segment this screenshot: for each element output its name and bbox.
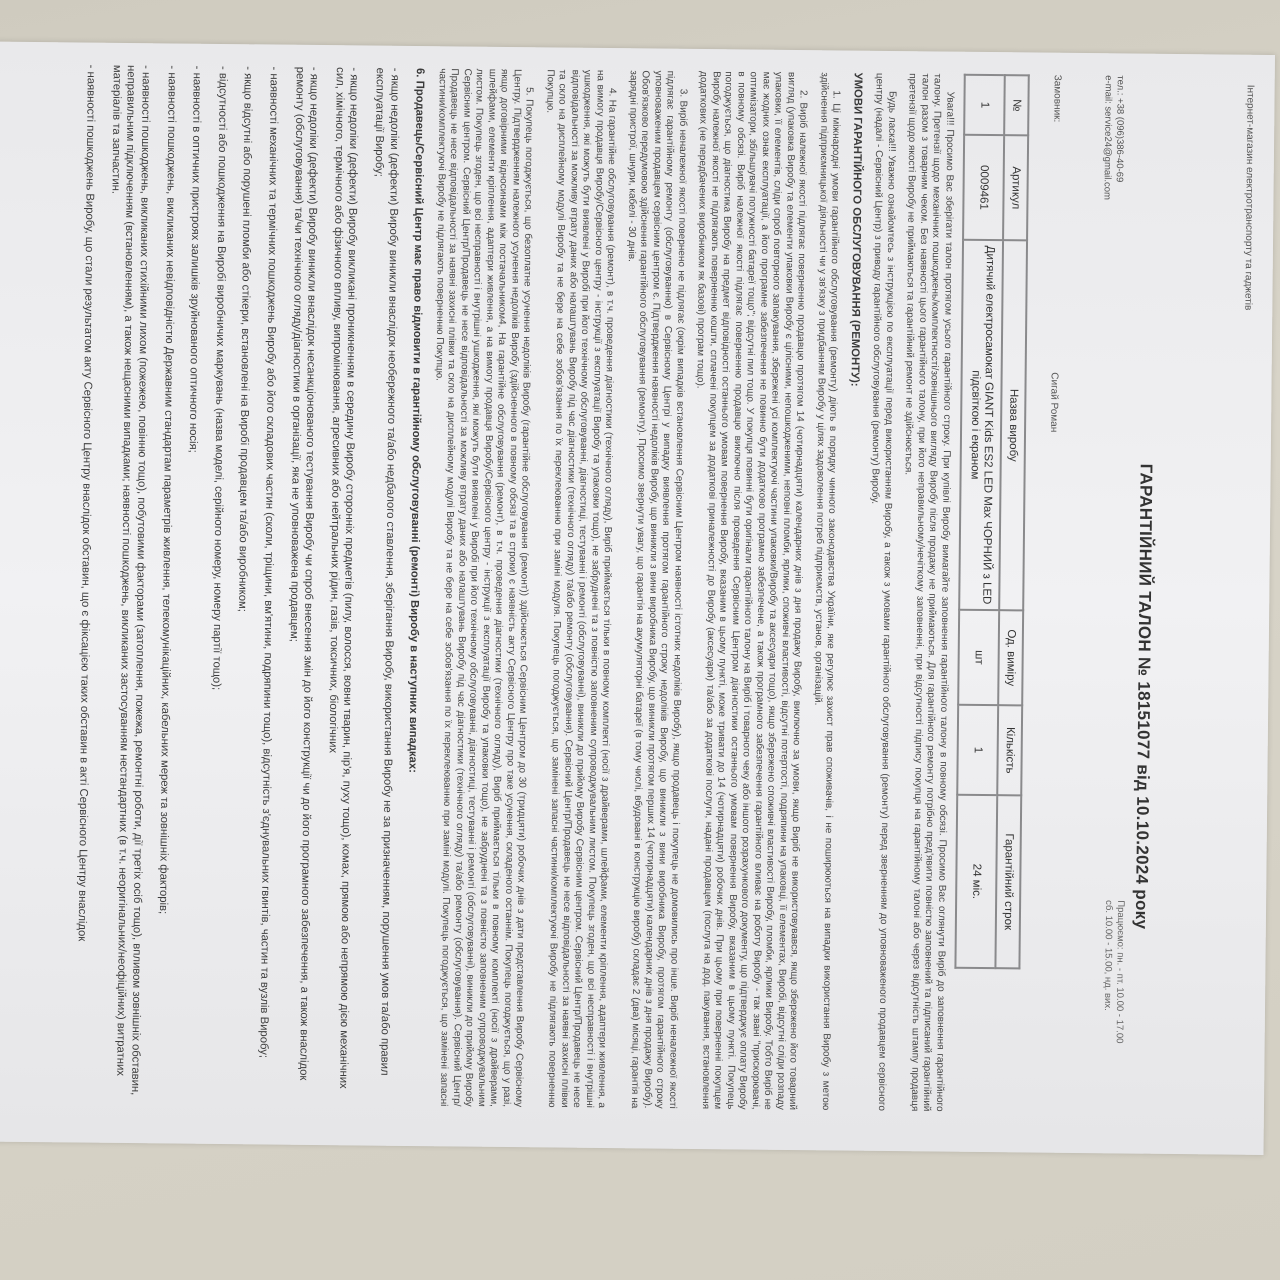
col-warranty-period: Гарантійний строк [995,795,1021,968]
cell-unit: шт [958,610,999,705]
cell-product-name: Дитячий електросамокат GIANT Kids ES2 LE… [959,240,1003,610]
cell-sku: 0009461 [963,135,1004,240]
list-item: - якщо недоліки (дефекти) Виробу виникли… [281,67,321,1105]
conditions-heading: УМОВИ ГАРАНТІЙНОГО ОБСЛУГОВУВАННЯ (РЕМОН… [839,73,864,1111]
list-item: - якщо недоліки (дефекти) Виробу виникли… [361,68,401,1106]
section-3: 3. Виріб неналежної якості повернено не … [615,70,688,1109]
warranty-card-page: Інтернет-магазин електротранспорту та га… [0,40,1275,1155]
goods-table: № Артикул Назва виробу Од. виміру Кількі… [954,74,1029,970]
shop-name: Інтернет-магазин електротранспорту та га… [1231,85,1256,1115]
col-sku: Артикул [1003,135,1028,240]
notice-read-instructions: Будь ласка!!! Уважно ознайомтесь з інстр… [862,73,898,1111]
section-5: 5. Покупець погоджується, що безоплатне … [424,68,535,1107]
list-item: - відсутності або пошкодження на Виробі … [204,66,229,1104]
cell-warranty-period: 24 міс. [955,795,997,968]
warranty-card-rotated: Інтернет-магазин електротранспорту та га… [0,40,1275,1155]
list-item: - наявності пошкоджень, викликаних стихі… [98,65,153,1103]
list-item: - наявності пошкоджень, викликаних невід… [153,65,178,1103]
col-number: № [1004,75,1029,135]
working-hours: Працюємо: пн. - пт. 10.00 - 17.00 сб. 10… [1101,900,1126,1043]
list-item: - наявності механічних та термічних пошк… [255,66,280,1104]
section-4: 4. На гарантійне обслуговування (ремонт)… [532,69,618,1108]
cell-quantity: 1 [957,705,998,795]
list-item: - якщо відсутні або порушені пломби або … [230,66,255,1104]
customer-name: Сигай Роман [1046,372,1061,432]
section-2: 2. Виріб належної якості підлягає поверн… [686,71,809,1110]
col-unit: Од. виміру [998,610,1023,705]
col-quantity: Кількість [997,705,1022,795]
hours-weekdays: Працюємо: пн. - пт. 10.00 - 17.00 [1113,900,1126,1043]
col-product-name: Назва виробу [999,240,1027,610]
customer-row: Замовник: Сигай Роман [1039,75,1064,1113]
cell-number: 1 [964,75,1005,135]
list-item: - наявності пошкоджень Виробу, що стали … [73,65,98,1103]
list-item: - наявності в оптичних пристроях залишкі… [179,66,204,1104]
customer-label: Замовник: [1049,75,1064,123]
document-title: ГАРАНТІЙНИЙ ТАЛОН № 18151077 від 10.10.2… [1133,464,1152,930]
section-1: 1. Ці міжнародні умови гарантійного обсл… [806,72,842,1110]
section-6-heading: 6. Продавець/Сервісний Центр має право в… [402,68,427,1106]
list-item: - якщо недоліки (дефекти) Виробу виклика… [321,67,361,1105]
notice-keep-card: Увага!!! Просимо Вас зберігати талон про… [895,73,956,1111]
